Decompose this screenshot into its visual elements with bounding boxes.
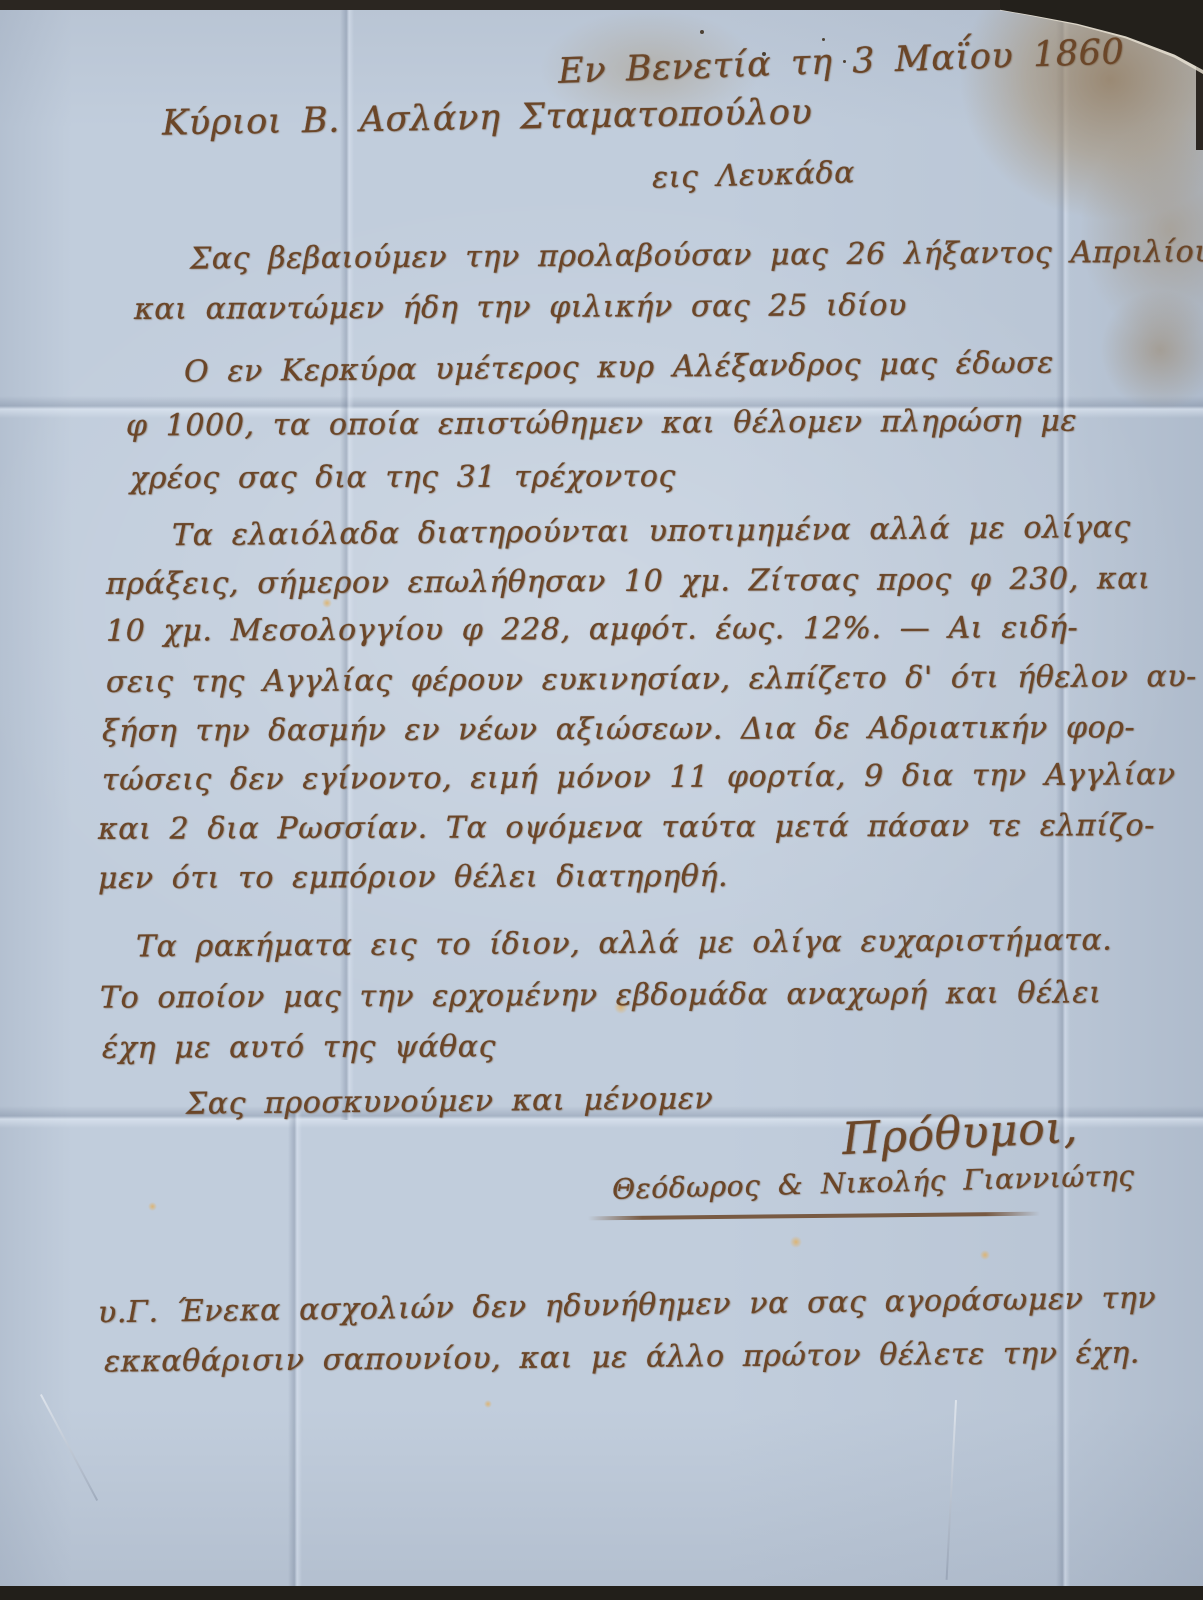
body-line: 10 χμ. Μεσολογγίου φ 228, αμφότ. έως. 12… bbox=[106, 610, 1078, 648]
body-line: πράξεις, σήμερον επωλήθησαν 10 χμ. Ζίτσα… bbox=[106, 561, 1151, 601]
ink-fleck bbox=[980, 1250, 990, 1260]
body-line: και 2 δια Ρωσσίαν. Τα οψόμενα ταύτα μετά… bbox=[98, 808, 1155, 847]
body-line: και απαντώμεν ήδη την φιλικήν σας 25 ιδί… bbox=[134, 288, 907, 327]
closing-line: Σας προσκυνούμεν και μένομεν bbox=[186, 1081, 714, 1122]
body-line: φ 1000, τα οποία επιστώθημεν και θέλομεν… bbox=[126, 404, 1077, 444]
body-line: σεις της Αγγλίας φέρουν ευκινησίαν, ελπί… bbox=[106, 659, 1197, 700]
dust-speck bbox=[700, 30, 704, 34]
ink-fleck bbox=[484, 1400, 492, 1408]
body-line: ξήση την δασμήν εν νέων αξιώσεων. Δια δε… bbox=[102, 710, 1135, 749]
body-line: έχη με αυτό της ψάθας bbox=[102, 1029, 496, 1065]
destination-line: εις Λευκάδα bbox=[652, 155, 856, 195]
body-line: χρέος σας δια της 31 τρέχοντος bbox=[130, 459, 676, 496]
body-line: μεν ότι το εμπόριον θέλει διατηρηθή. bbox=[98, 859, 728, 896]
ink-fleck bbox=[790, 1236, 802, 1248]
ink-fleck bbox=[148, 1202, 157, 1211]
dust-speck bbox=[822, 38, 825, 41]
body-line: Τα ρακήματα εις το ίδιον, αλλά με ολίγα … bbox=[136, 923, 1113, 965]
body-line: Το οποίον μας την ερχομένην εβδομάδα ανα… bbox=[100, 975, 1102, 1015]
body-line: τώσεις δεν εγίνοντο, ειμή μόνον 11 φορτί… bbox=[102, 757, 1176, 798]
scanned-letter: Εν Βενετία τη 3 Μαΐου 1860 Κύριοι Β. Ασλ… bbox=[0, 0, 1203, 1600]
scanner-edge-bottom bbox=[0, 1586, 1203, 1600]
body-line: Σας βεβαιούμεν την προλαβούσαν μας 26 λή… bbox=[190, 234, 1203, 276]
